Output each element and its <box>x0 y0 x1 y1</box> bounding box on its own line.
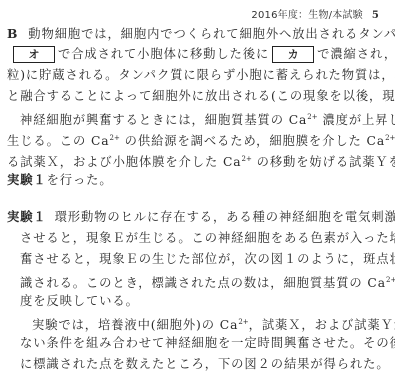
experiment1-line-6: 実験では，培養液中(細胞外)の Ca2+，試薬Ｘ，および試薬Ｙがある条件， <box>32 315 395 333</box>
section-b-line-1: B動物細胞では，細胞内でつくられて細胞外へ放出されるタンパク質は， <box>7 26 395 42</box>
experiment1-line-5: 度を反映している。 <box>20 294 139 309</box>
blank-box-o: オ <box>13 46 55 63</box>
experiment1-line-8: に標識された点を数えたところ，下の図２の結果が得られた。 <box>20 357 390 372</box>
section-b-line-2: オで合成されて小胞体に移動した後にカで濃縮され，小胞(分泌顆 <box>13 46 395 63</box>
experiment1-line-7: ない条件を組み合わせて神経細胞を一定時間興奮させた。その後，神経細胞上 <box>20 336 395 351</box>
blank-box-ka: カ <box>272 46 314 63</box>
section-b-line-8: 実験１を行った。 <box>7 173 113 188</box>
experiment1-line-1: 実験１環形動物のヒルに存在する，ある種の神経細胞を電気刺激によって興奮 <box>7 210 395 225</box>
section-b-line-6: 生じる。この Ca2+ の供給源を調べるため，細胞膜を介した Ca2+ の移動を… <box>7 131 395 149</box>
section-label: B <box>7 26 18 41</box>
section-b-line-7: る試薬Ｘ，および小胞体膜を介した Ca2+ の移動を妨げる試薬Ｙを用いて次の <box>7 152 395 170</box>
page-header: 2016年度：生物/本試験5 <box>251 6 379 21</box>
experiment-ref: 実験１ <box>7 173 47 187</box>
experiment1-line-4: 識される。このとき，標識された点の数は，細胞質基質の Ca2+ 濃度上昇の程 <box>20 273 395 291</box>
experiment1-line-2: させると，現象Ｅが生じる。この神経細胞をある色素が入った培養液中で興 <box>20 231 395 246</box>
page-number: 5 <box>372 10 379 21</box>
header-title: 2016年度：生物/本試験 <box>251 10 362 21</box>
section-b-line-4: と融合することによって細胞外に放出される(この現象を以後，現象Ｅとよぶ)。 <box>7 89 395 104</box>
section-b-line-5: 神経細胞が興奮するときには，細胞質基質の Ca2+ 濃度が上昇して現象Ｅが <box>20 110 395 128</box>
experiment1-label: 実験１ <box>7 210 47 224</box>
experiment1-line-3: 奮させると，現象Ｅの生じた部位が，次の図１のように，斑点状に色素で標 <box>20 252 395 267</box>
superscript: 2+ <box>307 113 317 121</box>
section-b-line-3: 粒)に貯蔵される。タンパク質に限らず小胞に蓄えられた物質は，小胞が細胞膜 <box>7 68 395 83</box>
